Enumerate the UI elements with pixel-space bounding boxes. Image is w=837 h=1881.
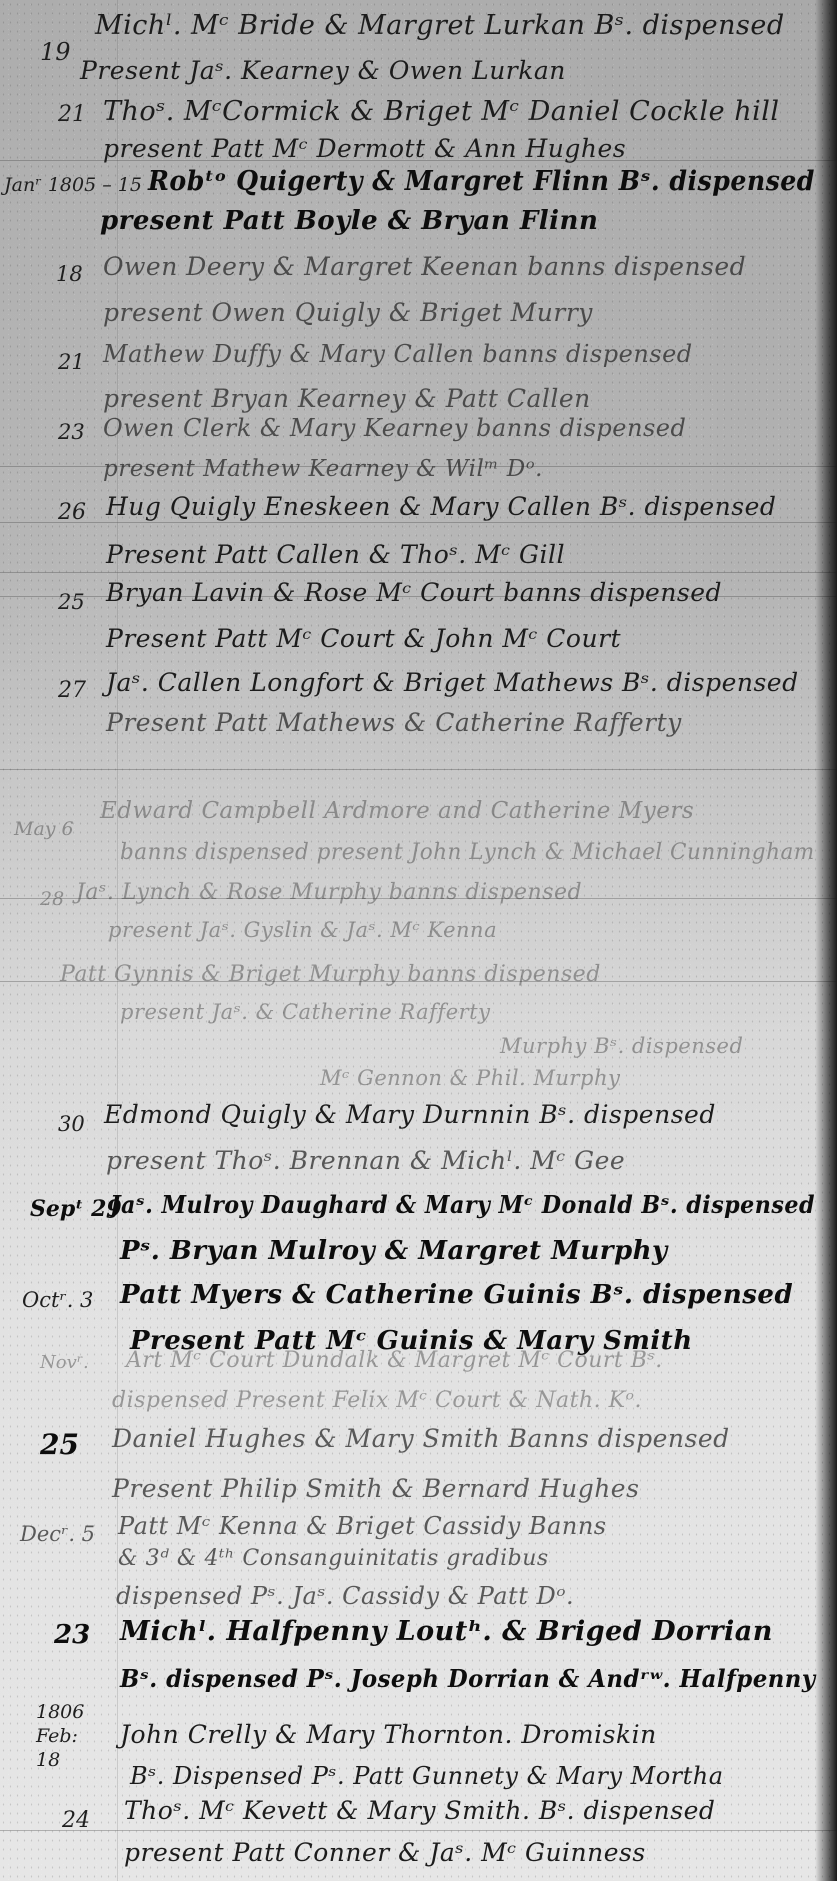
entry-witnesses: Bˢ. Dispensed Pˢ. Patt Gunnety & Mary Mo… xyxy=(130,1762,724,1790)
entry-witnesses: present Thoˢ. Brennan & Michˡ. Mᶜ Gee xyxy=(106,1146,625,1175)
ruled-line xyxy=(0,572,837,573)
entry-line: Mathew Duffy & Mary Callen banns dispens… xyxy=(103,340,693,368)
entry-line: Owen Deery & Margret Keenan banns dispen… xyxy=(103,252,746,281)
entry-date: May 6 xyxy=(14,818,74,840)
binding-shadow xyxy=(815,0,837,1881)
entry-witnesses: Mᶜ Gennon & Phil. Murphy xyxy=(320,1066,620,1090)
entry-date: 28 xyxy=(40,888,64,910)
entry-witnesses: present Patt Mᶜ Dermott & Ann Hughes xyxy=(103,134,626,163)
entry-line: Murphy Bˢ. dispensed xyxy=(500,1034,743,1058)
entry-line: John Crelly & Mary Thornton. Dromiskin xyxy=(120,1720,657,1749)
entry-line: Art Mᶜ Court Dundalk & Margret Mᶜ Court … xyxy=(126,1348,663,1373)
entry-line: Edmond Quigly & Mary Durnnin Bˢ. dispens… xyxy=(104,1100,716,1129)
entry-witnesses: banns dispensed present John Lynch & Mic… xyxy=(120,840,815,865)
entry-witnesses: Present Philip Smith & Bernard Hughes xyxy=(112,1474,639,1503)
entry-line: Owen Clerk & Mary Kearney banns dispense… xyxy=(103,414,686,442)
entry-line: Jaˢ. Lynch & Rose Murphy banns dispensed xyxy=(76,880,582,905)
entry-date: 25 xyxy=(40,1428,79,1461)
ruled-line xyxy=(0,1830,837,1831)
entry-date: 27 xyxy=(58,678,86,703)
entry-date: 26 xyxy=(58,500,86,525)
entry-date: 1806 Feb: 18 xyxy=(36,1700,106,1772)
entry-line: Hug Quigly Eneskeen & Mary Callen Bˢ. di… xyxy=(106,492,776,521)
entry-witnesses: Present Patt Callen & Thoˢ. Mᶜ Gill xyxy=(106,540,565,569)
entry-line: Patt Myers & Catherine Guinis Bˢ. dispen… xyxy=(120,1280,793,1310)
entry-date: 30 xyxy=(58,1112,85,1136)
register-page: 19 Michˡ. Mᶜ Bride & Margret Lurkan Bˢ. … xyxy=(0,0,837,1881)
entry-line: Thoˢ. Mᶜ Kevett & Mary Smith. Bˢ. dispen… xyxy=(124,1796,715,1825)
entry-witnesses: dispensed Pˢ. Jaˢ. Cassidy & Patt Dᵒ. xyxy=(116,1582,574,1610)
entry-date: Novʳ. xyxy=(40,1352,89,1373)
entry-witnesses: present Patt Conner & Jaˢ. Mᶜ Guinness xyxy=(124,1838,646,1867)
entry-witnesses: Pˢ. Bryan Mulroy & Margret Murphy xyxy=(120,1236,668,1266)
entry-witnesses: Present Patt Mᶜ Court & John Mᶜ Court xyxy=(106,624,621,653)
entry-witnesses: Bˢ. dispensed Pˢ. Joseph Dorrian & Andʳʷ… xyxy=(120,1664,816,1693)
entry-line: Daniel Hughes & Mary Smith Banns dispens… xyxy=(112,1424,730,1453)
entry-date: 21 xyxy=(58,102,86,127)
entry-line: & 3ᵈ & 4ᵗʰ Consanguinitatis gradibus xyxy=(118,1546,549,1571)
entry-witnesses: present Jaˢ. & Catherine Rafferty xyxy=(120,1000,490,1024)
entry-date: 18 xyxy=(56,262,83,286)
entry-line: Jaˢ. Mulroy Daughard & Mary Mᶜ Donald Bˢ… xyxy=(110,1190,815,1219)
entry-line: Patt Mᶜ Kenna & Briget Cassidy Banns xyxy=(118,1512,607,1540)
ruled-line xyxy=(0,769,837,770)
entry-date: 23 xyxy=(54,1620,90,1650)
entry-witnesses: present Owen Quigly & Briget Murry xyxy=(103,298,593,327)
entry-date: Decʳ. 5 xyxy=(20,1522,95,1546)
entry-date: 23 xyxy=(58,420,85,444)
entry-date: Janʳ 1805 – 15 xyxy=(4,174,142,196)
entry-line: Patt Gynnis & Briget Murphy banns dispen… xyxy=(60,962,601,987)
entry-line: Bryan Lavin & Rose Mᶜ Court banns dispen… xyxy=(106,578,722,607)
entry-witnesses: dispensed Present Felix Mᶜ Court & Nath.… xyxy=(112,1388,642,1413)
entry-line: Edward Campbell Ardmore and Catherine My… xyxy=(100,798,694,824)
entry-date: Octʳ. 3 xyxy=(22,1288,93,1312)
ruled-line xyxy=(0,522,837,523)
entry-date: 19 xyxy=(40,38,71,66)
entry-witnesses: present Bryan Kearney & Patt Callen xyxy=(103,384,591,413)
entry-date: 21 xyxy=(58,350,85,374)
entry-witnesses: present Jaˢ. Gyslin & Jaˢ. Mᶜ Kenna xyxy=(108,918,497,942)
entry-line: Michˡ. Mᶜ Bride & Margret Lurkan Bˢ. dis… xyxy=(95,10,785,41)
entry-line: Jaˢ. Callen Longfort & Briget Mathews Bˢ… xyxy=(106,668,799,697)
entry-witnesses: Present Jaˢ. Kearney & Owen Lurkan xyxy=(80,56,566,85)
entry-witnesses: Present Patt Mathews & Catherine Raffert… xyxy=(106,708,682,737)
entry-date: 25 xyxy=(58,590,85,614)
entry-line: Michˡ. Halfpenny Loutʰ. & Briged Dorrian xyxy=(120,1616,773,1647)
entry-line: Robᵗᵒ Quigerty & Margret Flinn Bˢ. dispe… xyxy=(148,166,815,197)
entry-witnesses: present Patt Boyle & Bryan Flinn xyxy=(100,206,598,236)
entry-line: Thoˢ. MᶜCormick & Briget Mᶜ Daniel Cockl… xyxy=(103,96,780,127)
entry-date: Sepᵗ 29 xyxy=(30,1196,122,1222)
entry-date: 24 xyxy=(62,1808,90,1833)
entry-witnesses: present Mathew Kearney & Wilᵐ Dᵒ. xyxy=(103,456,543,482)
